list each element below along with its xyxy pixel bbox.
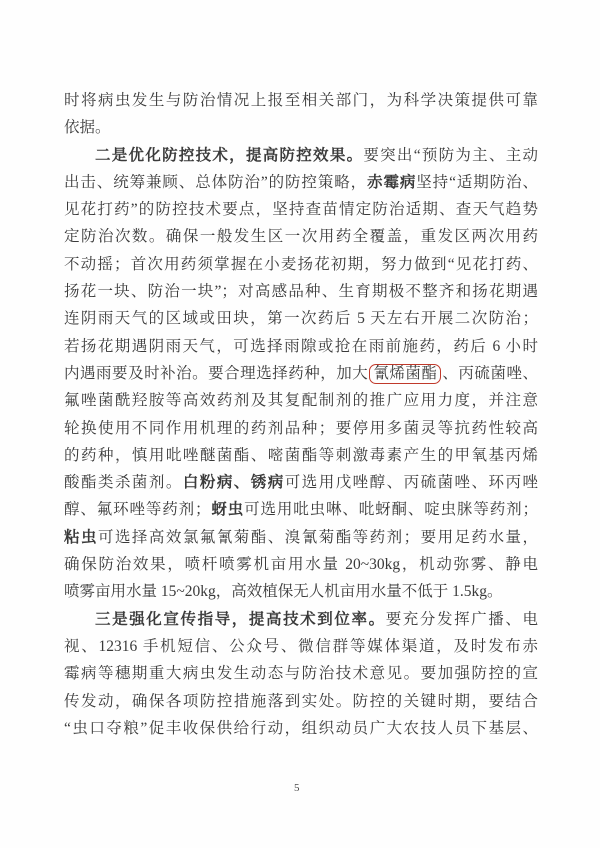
text-segment: 酸酯类杀菌剂。 <box>64 474 183 491</box>
text-segment: 视、12316 手机短信、公众号、微信群等媒体渠道，及时发布赤 <box>64 638 538 655</box>
text-line: 内遇雨要及时补治。要合理选择药种，加大氰烯菌酯、丙硫菌唑、 <box>64 360 538 387</box>
text-segment: 轮换使用不同作用机理的药剂品种；要停用多菌灵等抗药性较高 <box>64 420 538 437</box>
text-segment: “虫口夺粮”促丰收保供给行动，组织动员广大农技人员下基层、 <box>64 720 538 737</box>
text-segment: 不动摇；首次用药须掌握在小麦扬花初期，努力做到“见花打药、 <box>64 256 538 273</box>
text-line: 若扬花期遇阴雨天气，可选择雨隙或抢在雨前施药，药后 6 小时 <box>64 333 538 360</box>
text-segment: 可选择高效氯氟氰菊酯、溴氰菊酯等药剂；要用足药水量， <box>98 529 538 546</box>
text-segment: 霉病等穗期重大病虫发生动态与防治技术意见。要加强防控的宣 <box>64 665 538 682</box>
text-segment: 、丙硫菌唑、 <box>442 365 538 382</box>
text-line: 出击、统筹兼顾、总体防治”的防控策略，赤霉病坚持“适期防治、 <box>64 169 538 196</box>
page-number: 5 <box>0 782 594 794</box>
text-segment: 三是强化宣传指导，提高技术到位率。 <box>95 611 386 628</box>
text-segment: 可选用吡虫啉、吡蚜酮、啶虫脒等药剂； <box>244 501 538 518</box>
text-line: 依据。 <box>64 114 538 141</box>
document-body: 时将病虫发生与防治情况上报至相关部门，为科学决策提供可靠依据。二是优化防控技术，… <box>64 87 538 742</box>
text-segment: 连阴雨天气的区域或田块，第一次药后 5 天左右开展二次防治； <box>64 310 538 327</box>
text-segment: 喷雾亩用水量 15~20kg，高效植保无人机亩用水量不低于 1.5kg。 <box>64 583 503 600</box>
text-line: 不动摇；首次用药须掌握在小麦扬花初期，努力做到“见花打药、 <box>64 251 538 278</box>
text-line: “虫口夺粮”促丰收保供给行动，组织动员广大农技人员下基层、 <box>64 715 538 742</box>
red-annotation-box: 氰烯菌酯 <box>369 364 441 384</box>
text-segment: 赤霉病 <box>367 174 416 191</box>
text-line: 时将病虫发生与防治情况上报至相关部门，为科学决策提供可靠 <box>64 87 538 114</box>
text-line: 定防治次数。确保一般发生区一次用药全覆盖，重发区两次用药 <box>64 223 538 250</box>
text-segment: 扬花一块、防治一块”；对高感品种、生育期极不整齐和扬花期遇 <box>64 283 538 300</box>
text-line: 连阴雨天气的区域或田块，第一次药后 5 天左右开展二次防治； <box>64 305 538 332</box>
text-line: 视、12316 手机短信、公众号、微信群等媒体渠道，及时发布赤 <box>64 633 538 660</box>
text-segment: 出击、统筹兼顾、总体防治”的防控策略， <box>64 174 367 191</box>
text-line: 见花打药”的防控技术要点，坚持查苗情定防治适期、查天气趋势 <box>64 196 538 223</box>
text-segment: 白粉病、锈病 <box>183 474 285 491</box>
text-segment: 定防治次数。确保一般发生区一次用药全覆盖，重发区两次用药 <box>64 228 538 245</box>
text-line: 传发动，确保各项防控措施落到实处。防控的关键时期，要结合 <box>64 688 538 715</box>
text-line: 扬花一块、防治一块”；对高感品种、生育期极不整齐和扬花期遇 <box>64 278 538 305</box>
text-line: 三是强化宣传指导，提高技术到位率。要充分发挥广播、电 <box>64 606 538 633</box>
text-segment: 若扬花期遇阴雨天气，可选择雨隙或抢在雨前施药，药后 6 小时 <box>64 338 538 355</box>
text-segment: 要充分发挥广播、电 <box>386 611 538 628</box>
text-line: 确保防治效果，喷杆喷雾机亩用水量 20~30kg，机动弥雾、静电 <box>64 551 538 578</box>
text-segment: 蚜虫 <box>211 501 245 518</box>
text-line: 酸酯类杀菌剂。白粉病、锈病可选用戊唑醇、丙硫菌唑、环丙唑 <box>64 469 538 496</box>
text-segment: 可选用戊唑醇、丙硫菌唑、环丙唑 <box>285 474 538 491</box>
text-line: 霉病等穗期重大病虫发生动态与防治技术意见。要加强防控的宣 <box>64 660 538 687</box>
text-segment: 见花打药”的防控技术要点，坚持查苗情定防治适期、查天气趋势 <box>64 201 538 218</box>
text-line: 粘虫可选择高效氯氟氰菊酯、溴氰菊酯等药剂；要用足药水量， <box>64 524 538 551</box>
text-segment: 时将病虫发生与防治情况上报至相关部门，为科学决策提供可靠 <box>64 92 538 109</box>
text-segment: 内遇雨要及时补治。要合理选择药种，加大 <box>64 365 368 382</box>
text-segment: 粘虫 <box>64 529 98 546</box>
document-page: 时将病虫发生与防治情况上报至相关部门，为科学决策提供可靠依据。二是优化防控技术，… <box>0 0 600 848</box>
text-segment: 氟唑菌酰羟胺等高效药剂及其复配制剂的推广应用力度，并注意 <box>64 392 538 409</box>
text-segment: 的药种，慎用吡唑醚菌酯、嘧菌酯等刺激毒素产生的甲氧基丙烯 <box>64 447 538 464</box>
text-segment: 依据。 <box>64 119 111 136</box>
text-segment: 坚持“适期防治、 <box>416 174 538 191</box>
text-line: 的药种，慎用吡唑醚菌酯、嘧菌酯等刺激毒素产生的甲氧基丙烯 <box>64 442 538 469</box>
text-segment: 传发动，确保各项防控措施落到实处。防控的关键时期，要结合 <box>64 693 538 710</box>
text-line: 二是优化防控技术，提高防控效果。要突出“预防为主、主动 <box>64 142 538 169</box>
text-segment: 确保防治效果，喷杆喷雾机亩用水量 20~30kg，机动弥雾、静电 <box>64 556 538 573</box>
text-segment: 醇、氟环唑等药剂； <box>64 501 211 518</box>
text-line: 氟唑菌酰羟胺等高效药剂及其复配制剂的推广应用力度，并注意 <box>64 387 538 414</box>
text-line: 喷雾亩用水量 15~20kg，高效植保无人机亩用水量不低于 1.5kg。 <box>64 578 538 605</box>
text-line: 轮换使用不同作用机理的药剂品种；要停用多菌灵等抗药性较高 <box>64 415 538 442</box>
text-segment: 二是优化防控技术，提高防控效果。 <box>95 147 363 164</box>
text-segment: 要突出“预防为主、主动 <box>363 147 538 164</box>
text-line: 醇、氟环唑等药剂；蚜虫可选用吡虫啉、吡蚜酮、啶虫脒等药剂； <box>64 496 538 523</box>
